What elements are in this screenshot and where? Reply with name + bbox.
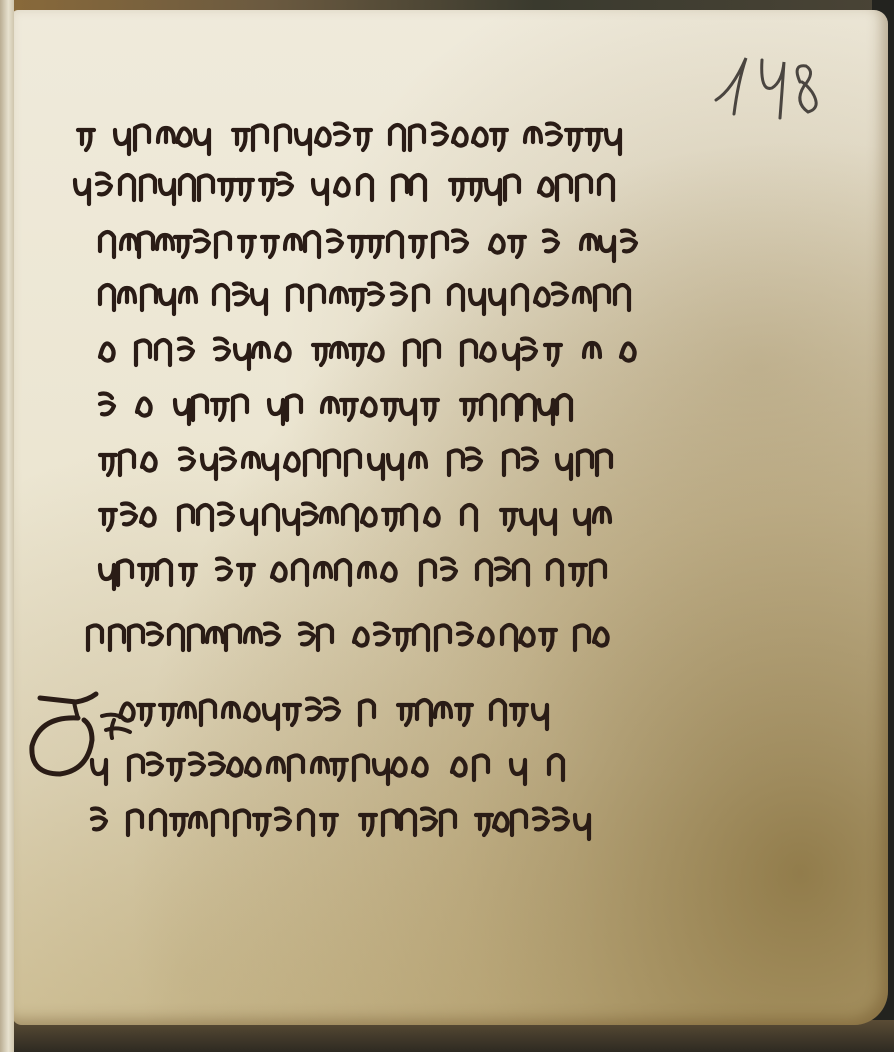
manuscript-line	[92, 746, 582, 798]
decorated-initial	[26, 686, 136, 786]
manuscript-line	[120, 691, 570, 743]
manuscript-line	[88, 616, 633, 668]
manuscript-line	[78, 116, 644, 168]
manuscript-line	[100, 441, 622, 493]
manuscript-text-block	[0, 0, 894, 1052]
manuscript-line	[92, 801, 602, 853]
manuscript-line	[75, 166, 635, 218]
manuscript-line	[100, 276, 648, 328]
manuscript-line	[100, 496, 622, 548]
manuscript-line	[100, 551, 625, 603]
manuscript-line	[100, 331, 648, 383]
manuscript-line	[100, 223, 648, 275]
manuscript-line	[100, 386, 600, 438]
